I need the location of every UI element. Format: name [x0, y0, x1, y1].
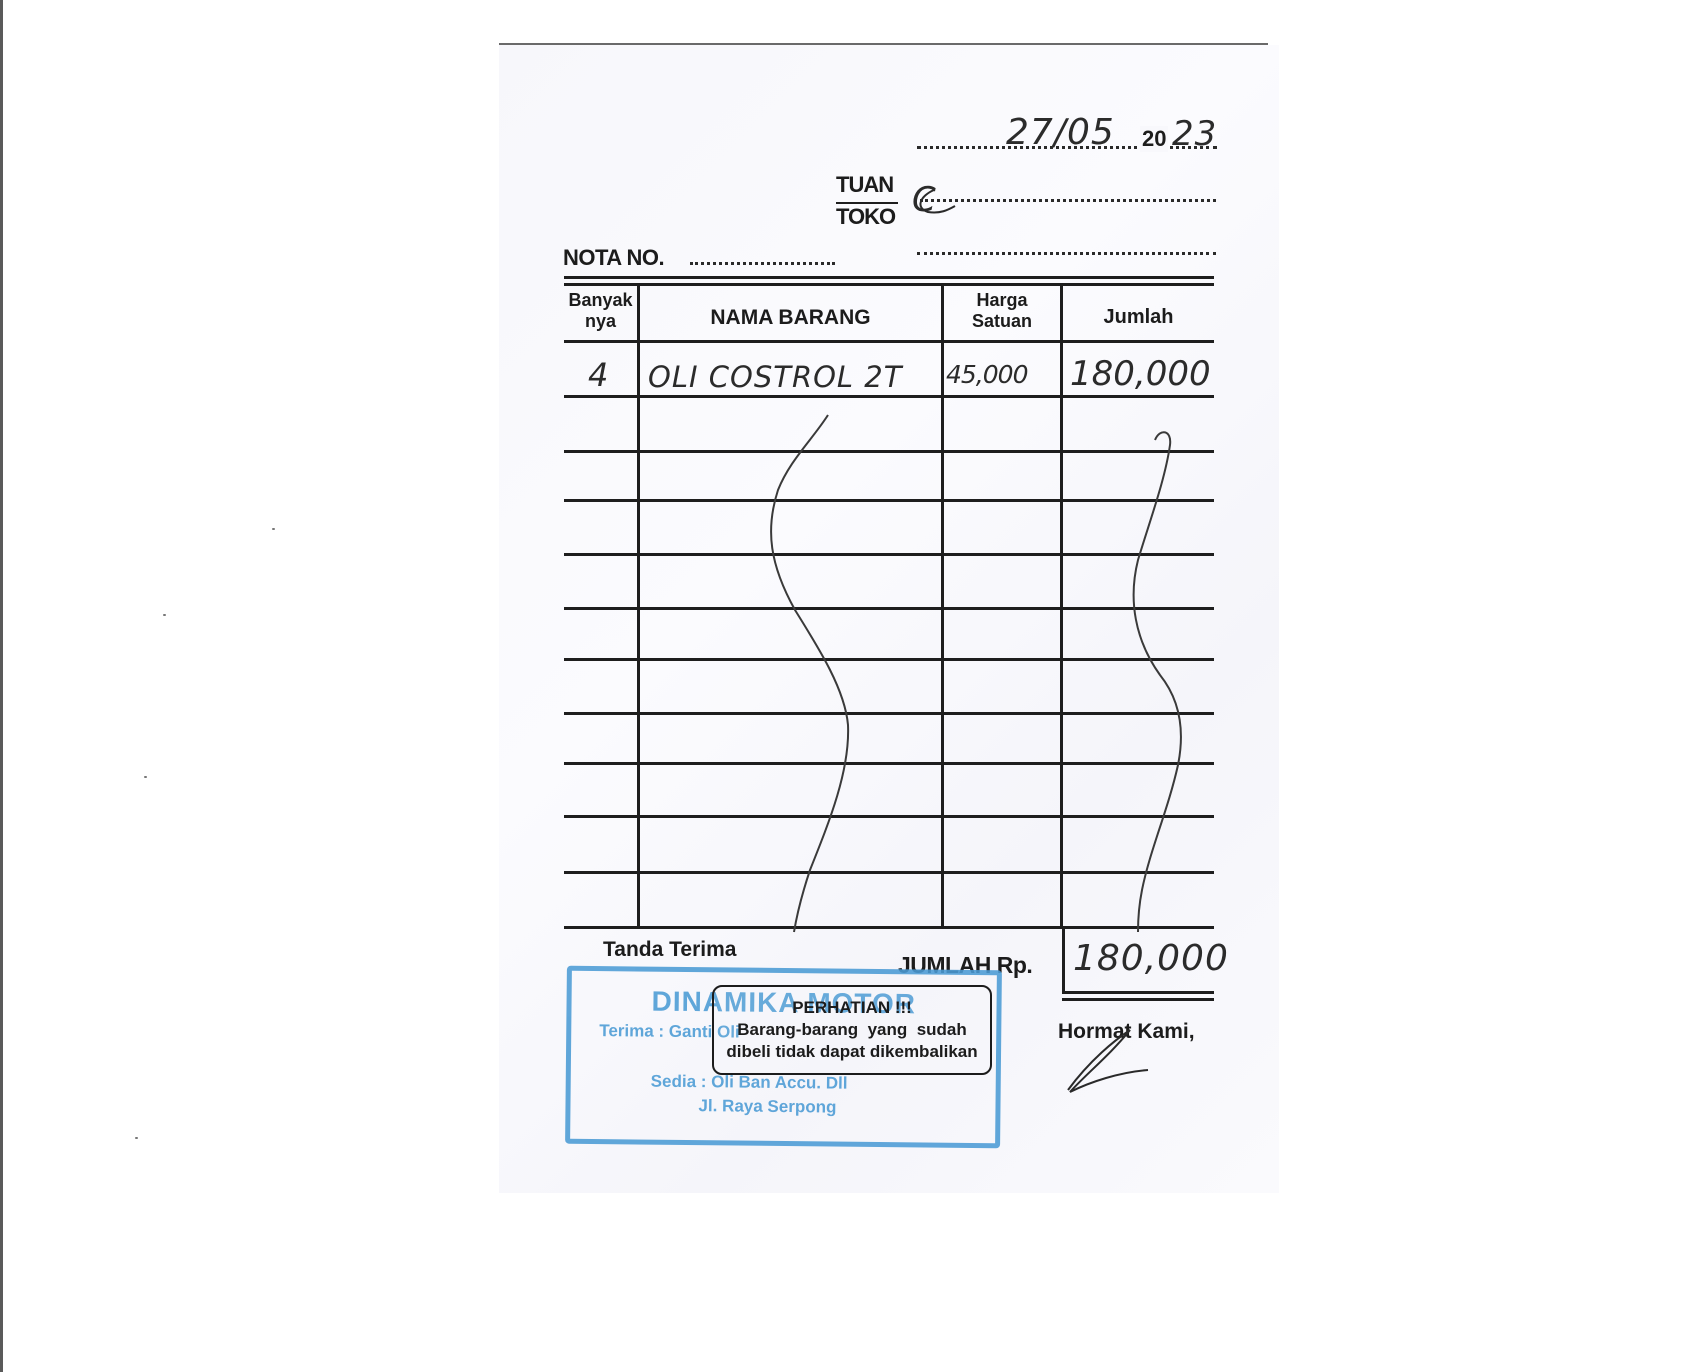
nota-no-label: NOTA NO.: [563, 245, 664, 271]
header-name: NAMA BARANG: [640, 307, 941, 328]
notice-box: PERHATIAN !!! Barang-barang yang sudah d…: [712, 985, 992, 1075]
row-amount: 180,000: [1070, 354, 1211, 394]
address-dotted-line: [917, 252, 1216, 255]
total-value: 180,000: [1073, 938, 1229, 979]
table-row-line: [564, 340, 1214, 343]
header-qty: Banyak nya: [564, 290, 637, 332]
header-qty-line2: nya: [564, 311, 637, 332]
scan-speck: [135, 1137, 138, 1139]
col-divider-price: [1060, 285, 1063, 927]
regards-label: Hormat Kami,: [1058, 1020, 1195, 1044]
table-top-line: [564, 276, 1214, 279]
scan-speck: [163, 614, 166, 616]
notice-line2: dibeli tidak dapat dikembalikan: [714, 1041, 990, 1063]
nota-no-dotted-line: [690, 262, 835, 265]
stamp-line3: Jl. Raya Serpong: [698, 1096, 836, 1117]
scan-speck: [144, 776, 147, 778]
table-row-line: [564, 450, 1214, 453]
toko-label: TOKO: [836, 204, 895, 230]
header-price-line2: Satuan: [944, 311, 1060, 332]
table-row-line: [564, 395, 1214, 398]
recipient-dotted-line: [920, 199, 1216, 202]
header-qty-line1: Banyak: [564, 290, 637, 311]
table-row-line: [564, 762, 1214, 765]
table-row-line: [564, 871, 1214, 874]
notice-title: PERHATIAN !!!: [714, 997, 990, 1019]
header-amount: Jumlah: [1063, 307, 1214, 328]
col-divider-qty: [637, 285, 640, 927]
total-box-bottom-2: [1062, 998, 1214, 1001]
scan-speck: [272, 528, 275, 530]
received-label: Tanda Terima: [603, 938, 736, 962]
row-unit-price: 45,000: [946, 360, 1027, 389]
col-divider-name: [941, 285, 944, 927]
header-price-line1: Harga: [944, 290, 1060, 311]
total-box-left: [1062, 926, 1065, 994]
scan-border: [0, 0, 3, 1372]
table-top-line-2: [564, 283, 1214, 286]
date-year: 23: [1172, 114, 1217, 154]
table-row-line: [564, 815, 1214, 818]
table-row-line: [564, 553, 1214, 556]
table-row-line: [564, 499, 1214, 502]
table-row-line: [564, 658, 1214, 661]
notice-line1: Barang-barang yang sudah: [714, 1019, 990, 1041]
date-century: 20: [1140, 126, 1168, 152]
table-row-line: [564, 712, 1214, 715]
tuan-label: TUAN: [836, 172, 893, 198]
paper-top-edge: [499, 43, 1268, 45]
table-row-line: [564, 607, 1214, 610]
table-row-line: [564, 926, 1214, 929]
header-unit-price: Harga Satuan: [944, 290, 1060, 332]
total-box-bottom: [1062, 991, 1214, 994]
row-qty: 4: [588, 356, 609, 394]
date-day-month: 27/05: [1006, 112, 1115, 153]
row-item-name: OLI COSTROL 2T: [648, 360, 902, 394]
